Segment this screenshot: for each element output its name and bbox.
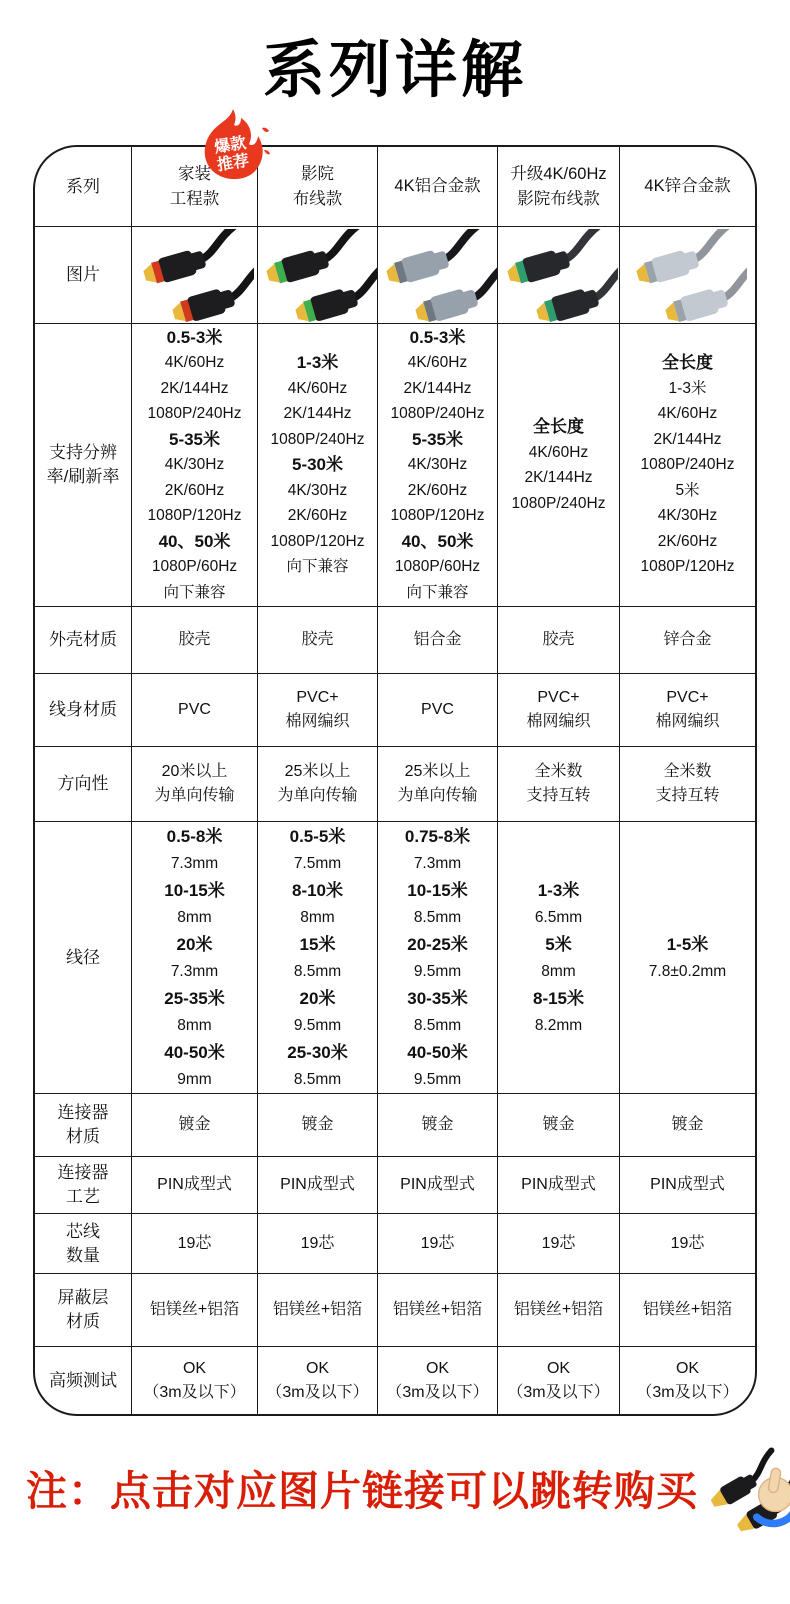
spec-3-col-4: 全米数支持互转 bbox=[620, 747, 755, 822]
product-image-link-3[interactable] bbox=[498, 227, 620, 324]
text-line: PIN成型式 bbox=[650, 1173, 725, 1197]
product-header-3: 升级4K/60Hz影院布线款 bbox=[498, 147, 620, 227]
text-line: 4K/30Hz bbox=[658, 503, 717, 529]
spec-3-col-2: 25米以上为单向传输 bbox=[378, 747, 498, 822]
text-line: 1-3米 bbox=[297, 350, 339, 376]
text-line: 4K/60Hz bbox=[165, 350, 224, 376]
text-line: 4K锌合金款 bbox=[644, 174, 730, 199]
text-line: 全长度 bbox=[533, 414, 584, 440]
text-line: 4K铝合金款 bbox=[394, 174, 480, 199]
text-line: 5-35米 bbox=[412, 427, 463, 453]
text-line: 8.5mm bbox=[294, 958, 341, 985]
text-line: 铝镁丝+铝箔 bbox=[150, 1298, 239, 1322]
spec-4-col-4: 1-5米7.8±0.2mm bbox=[620, 822, 755, 1094]
spec-6-col-3: PIN成型式 bbox=[498, 1157, 620, 1214]
product-image-link-0[interactable] bbox=[132, 227, 258, 324]
spec-4-col-0: 0.5-8米7.3mm10-15米8mm20米7.3mm25-35米8mm40-… bbox=[132, 822, 258, 1094]
text-line: 4K/30Hz bbox=[288, 478, 347, 504]
text-line: 铝镁丝+铝箔 bbox=[273, 1298, 362, 1322]
spec-5-col-1: 镀金 bbox=[258, 1094, 378, 1157]
text-line: 棉网编织 bbox=[655, 710, 719, 734]
text-line: 8-15米 bbox=[533, 985, 584, 1012]
text-line: 1080P/120Hz bbox=[391, 503, 485, 529]
text-line: 2K/60Hz bbox=[658, 529, 717, 555]
text-line: 8mm bbox=[300, 904, 334, 931]
spec-1-col-4: 锌合金 bbox=[620, 607, 755, 674]
text-line: 镀金 bbox=[301, 1113, 333, 1137]
spec-8-col-2: 铝镁丝+铝箔 bbox=[378, 1274, 498, 1347]
text-line: （3m及以下） bbox=[636, 1381, 738, 1405]
text-line: 铝合金 bbox=[413, 628, 461, 652]
text-line: 2K/60Hz bbox=[408, 478, 467, 504]
spec-3-col-3: 全米数支持互转 bbox=[498, 747, 620, 822]
spec-2-col-3: PVC+棉网编织 bbox=[498, 674, 620, 747]
text-line: 1080P/240Hz bbox=[512, 491, 606, 517]
text-line: 2K/144Hz bbox=[283, 401, 351, 427]
spec-7-col-2: 19芯 bbox=[378, 1214, 498, 1274]
text-line: 2K/60Hz bbox=[165, 478, 224, 504]
spec-9-col-1: OK（3m及以下） bbox=[258, 1347, 378, 1414]
text-line: 7.5mm bbox=[294, 850, 341, 877]
hdmi-cable-photo bbox=[629, 229, 747, 322]
text-line: 25-30米 bbox=[287, 1039, 347, 1066]
text-line: 40-50米 bbox=[164, 1039, 224, 1066]
text-line: 升级4K/60Hz bbox=[510, 162, 606, 187]
text-line: 20-25米 bbox=[407, 931, 467, 958]
text-line: 8.2mm bbox=[535, 1012, 582, 1039]
text-line: 6.5mm bbox=[535, 904, 582, 931]
text-line: 胶壳 bbox=[542, 628, 574, 652]
text-line: 4K/60Hz bbox=[658, 401, 717, 427]
text-line: 棉网编织 bbox=[526, 710, 590, 734]
text-line: 材质 bbox=[66, 1125, 100, 1149]
spec-5-col-4: 镀金 bbox=[620, 1094, 755, 1157]
text-line: 15米 bbox=[300, 931, 336, 958]
spec-5-col-3: 镀金 bbox=[498, 1094, 620, 1157]
corner-cell-series: 系列 bbox=[35, 147, 132, 227]
spec-8-col-1: 铝镁丝+铝箔 bbox=[258, 1274, 378, 1347]
spec-9-col-3: OK（3m及以下） bbox=[498, 1347, 620, 1414]
text-line: 4K/30Hz bbox=[408, 452, 467, 478]
row-label-8: 屏蔽层材质 bbox=[35, 1274, 132, 1347]
text-line: 20米 bbox=[177, 931, 213, 958]
spec-7-col-4: 19芯 bbox=[620, 1214, 755, 1274]
text-line: 镀金 bbox=[178, 1113, 210, 1137]
text-line: 布线款 bbox=[293, 187, 343, 212]
hdmi-cable-photo bbox=[136, 229, 254, 322]
text-line: 全米数 bbox=[534, 760, 582, 784]
text-line: 19芯 bbox=[178, 1232, 212, 1256]
text-line: OK bbox=[426, 1357, 449, 1381]
text-line: （3m及以下） bbox=[507, 1381, 609, 1405]
text-line: 8mm bbox=[177, 1012, 211, 1039]
spec-4-col-3: 1-3米6.5mm5米8mm8-15米8.2mm bbox=[498, 822, 620, 1094]
spec-2-col-1: PVC+棉网编织 bbox=[258, 674, 378, 747]
text-line: 10-15米 bbox=[407, 877, 467, 904]
spec-6-col-4: PIN成型式 bbox=[620, 1157, 755, 1214]
text-line: 1080P/240Hz bbox=[391, 401, 485, 427]
spec-2-col-4: PVC+棉网编织 bbox=[620, 674, 755, 747]
text-line: 全长度 bbox=[662, 350, 713, 376]
text-line: 5-30米 bbox=[292, 452, 343, 478]
spec-6-col-0: PIN成型式 bbox=[132, 1157, 258, 1214]
text-line: 数量 bbox=[66, 1244, 100, 1268]
row-label-1: 外壳材质 bbox=[35, 607, 132, 674]
spec-1-col-1: 胶壳 bbox=[258, 607, 378, 674]
spec-5-col-2: 镀金 bbox=[378, 1094, 498, 1157]
row-label-6: 连接器工艺 bbox=[35, 1157, 132, 1214]
text-line: 8-10米 bbox=[292, 877, 343, 904]
product-header-4: 4K锌合金款 bbox=[620, 147, 755, 227]
text-line: 5-35米 bbox=[169, 427, 220, 453]
text-line: 8.5mm bbox=[294, 1066, 341, 1093]
text-line: 1-5米 bbox=[667, 931, 709, 958]
text-line: PVC bbox=[421, 698, 454, 722]
text-line: 镀金 bbox=[671, 1113, 703, 1137]
text-line: 胶壳 bbox=[178, 628, 210, 652]
spec-1-col-3: 胶壳 bbox=[498, 607, 620, 674]
spec-9-col-2: OK（3m及以下） bbox=[378, 1347, 498, 1414]
hdmi-cable-photo bbox=[379, 229, 497, 322]
text-line: 2K/144Hz bbox=[403, 376, 471, 402]
text-line: 1080P/120Hz bbox=[271, 529, 365, 555]
text-line: PVC+ bbox=[666, 686, 708, 710]
text-line: 8.5mm bbox=[414, 904, 461, 931]
purchase-note: 注：点击对应图片链接可以跳转购买 bbox=[26, 1440, 774, 1534]
row-label-9: 高频测试 bbox=[35, 1347, 132, 1414]
text-line: PVC+ bbox=[537, 686, 579, 710]
text-line: 1080P/240Hz bbox=[271, 427, 365, 453]
text-line: 连接器 bbox=[58, 1161, 109, 1185]
text-line: 7.8±0.2mm bbox=[649, 958, 726, 985]
text-line: 20米 bbox=[300, 985, 336, 1012]
text-line: 铝镁丝+铝箔 bbox=[514, 1298, 603, 1322]
text-line: 40、50米 bbox=[159, 529, 231, 555]
text-line: 25米以上 bbox=[285, 760, 351, 784]
text-line: 系列 bbox=[66, 175, 100, 199]
text-line: 线身材质 bbox=[49, 698, 117, 722]
text-line: 9.5mm bbox=[414, 958, 461, 985]
product-header-1: 影院布线款 bbox=[258, 147, 378, 227]
text-line: 材质 bbox=[66, 1310, 100, 1334]
text-line: 线径 bbox=[66, 946, 100, 970]
text-line: 镀金 bbox=[542, 1113, 574, 1137]
text-line: 镀金 bbox=[421, 1113, 453, 1137]
text-line: OK bbox=[306, 1357, 329, 1381]
row-label-7: 芯线数量 bbox=[35, 1214, 132, 1274]
cable-click-icon bbox=[700, 1440, 790, 1534]
text-line: 支持分辨 bbox=[49, 441, 117, 465]
text-line: 40、50米 bbox=[402, 529, 474, 555]
spec-6-col-2: PIN成型式 bbox=[378, 1157, 498, 1214]
text-line: 为单向传输 bbox=[397, 784, 477, 808]
text-line: 19芯 bbox=[542, 1232, 576, 1256]
text-line: 0.75-8米 bbox=[405, 823, 470, 850]
text-line: 工程款 bbox=[170, 187, 220, 212]
text-line: OK bbox=[676, 1357, 699, 1381]
spec-4-col-2: 0.75-8米7.3mm10-15米8.5mm20-25米9.5mm30-35米… bbox=[378, 822, 498, 1094]
text-line: 19芯 bbox=[671, 1232, 705, 1256]
spec-9-col-0: OK（3m及以下） bbox=[132, 1347, 258, 1414]
series-comparison-table: 系列家装工程款影院布线款4K铝合金款升级4K/60Hz影院布线款4K锌合金款图片… bbox=[33, 145, 757, 1416]
text-line: 4K/60Hz bbox=[529, 440, 588, 466]
text-line: 外壳材质 bbox=[49, 628, 117, 652]
spec-7-col-3: 19芯 bbox=[498, 1214, 620, 1274]
text-line: 8mm bbox=[541, 958, 575, 985]
image-row-label: 图片 bbox=[35, 227, 132, 324]
hdmi-cable-photo bbox=[500, 229, 618, 322]
text-line: 铝镁丝+铝箔 bbox=[643, 1298, 732, 1322]
text-line: OK bbox=[183, 1357, 206, 1381]
product-header-2: 4K铝合金款 bbox=[378, 147, 498, 227]
text-line: 7.3mm bbox=[414, 850, 461, 877]
text-line: 影院布线款 bbox=[517, 187, 600, 212]
spec-1-col-2: 铝合金 bbox=[378, 607, 498, 674]
text-line: 率/刷新率 bbox=[47, 465, 120, 489]
spec-7-col-0: 19芯 bbox=[132, 1214, 258, 1274]
text-line: PIN成型式 bbox=[157, 1173, 232, 1197]
text-line: 连接器 bbox=[58, 1101, 109, 1125]
text-line: 为单向传输 bbox=[154, 784, 234, 808]
text-line: 4K/60Hz bbox=[408, 350, 467, 376]
text-line: 1080P/60Hz bbox=[395, 554, 480, 580]
text-line: （3m及以下） bbox=[386, 1381, 488, 1405]
text-line: 1080P/240Hz bbox=[641, 452, 735, 478]
spec-8-col-3: 铝镁丝+铝箔 bbox=[498, 1274, 620, 1347]
text-line: 5米 bbox=[545, 931, 571, 958]
text-line: 0.5-5米 bbox=[290, 823, 346, 850]
text-line: 屏蔽层 bbox=[58, 1286, 109, 1310]
product-image-link-2[interactable] bbox=[378, 227, 498, 324]
spec-5-col-0: 镀金 bbox=[132, 1094, 258, 1157]
spec-1-col-0: 胶壳 bbox=[132, 607, 258, 674]
text-line: 8mm bbox=[177, 904, 211, 931]
spec-7-col-1: 19芯 bbox=[258, 1214, 378, 1274]
text-line: 棉网编织 bbox=[285, 710, 349, 734]
product-image-link-4[interactable] bbox=[620, 227, 755, 324]
text-line: 1080P/60Hz bbox=[152, 554, 237, 580]
text-line: 19芯 bbox=[421, 1232, 455, 1256]
text-line: 19芯 bbox=[301, 1232, 335, 1256]
text-line: 芯线 bbox=[66, 1220, 100, 1244]
text-line: 1080P/120Hz bbox=[148, 503, 242, 529]
text-line: 0.5-3米 bbox=[410, 325, 466, 351]
text-line: 支持互转 bbox=[526, 784, 590, 808]
text-line: PIN成型式 bbox=[400, 1173, 475, 1197]
text-line: 7.3mm bbox=[171, 850, 218, 877]
text-line: 1-3米 bbox=[538, 877, 580, 904]
row-label-5: 连接器材质 bbox=[35, 1094, 132, 1157]
text-line: 10-15米 bbox=[164, 877, 224, 904]
text-line: 25-35米 bbox=[164, 985, 224, 1012]
text-line: 30-35米 bbox=[407, 985, 467, 1012]
hot-sale-flame-badge: 爆款 推荐 bbox=[194, 106, 270, 188]
text-line: 为单向传输 bbox=[277, 784, 357, 808]
row-label-3: 方向性 bbox=[35, 747, 132, 822]
text-line: 2K/144Hz bbox=[160, 376, 228, 402]
text-line: 0.5-8米 bbox=[167, 823, 223, 850]
text-line: 高频测试 bbox=[49, 1369, 117, 1393]
spec-4-col-1: 0.5-5米7.5mm8-10米8mm15米8.5mm20米9.5mm25-30… bbox=[258, 822, 378, 1094]
spec-6-col-1: PIN成型式 bbox=[258, 1157, 378, 1214]
text-line: 20米以上 bbox=[162, 760, 228, 784]
spec-2-col-2: PVC bbox=[378, 674, 498, 747]
text-line: 8.5mm bbox=[414, 1012, 461, 1039]
text-line: 1080P/240Hz bbox=[148, 401, 242, 427]
text-line: 40-50米 bbox=[407, 1039, 467, 1066]
text-line: PVC bbox=[178, 698, 211, 722]
row-label-0: 支持分辨率/刷新率 bbox=[35, 324, 132, 607]
text-line: 4K/60Hz bbox=[288, 376, 347, 402]
spec-3-col-1: 25米以上为单向传输 bbox=[258, 747, 378, 822]
text-line: 图片 bbox=[66, 263, 100, 287]
text-line: 工艺 bbox=[66, 1185, 100, 1209]
page-title: 系列详解 bbox=[0, 20, 790, 109]
text-line: 4K/30Hz bbox=[165, 452, 224, 478]
text-line: （3m及以下） bbox=[266, 1381, 368, 1405]
spec-8-col-4: 铝镁丝+铝箔 bbox=[620, 1274, 755, 1347]
text-line: OK bbox=[547, 1357, 570, 1381]
text-line: PIN成型式 bbox=[280, 1173, 355, 1197]
text-line: 胶壳 bbox=[301, 628, 333, 652]
text-line: 向下兼容 bbox=[163, 580, 225, 606]
text-line: （3m及以下） bbox=[143, 1381, 245, 1405]
spec-9-col-4: OK（3m及以下） bbox=[620, 1347, 755, 1414]
text-line: 影院 bbox=[301, 162, 334, 187]
text-line: 2K/144Hz bbox=[653, 427, 721, 453]
spec-0-col-3: 全长度4K/60Hz2K/144Hz1080P/240Hz bbox=[498, 324, 620, 607]
text-line: 向下兼容 bbox=[286, 554, 348, 580]
spec-3-col-0: 20米以上为单向传输 bbox=[132, 747, 258, 822]
text-line: 5米 bbox=[675, 478, 699, 504]
text-line: 全米数 bbox=[663, 760, 711, 784]
text-line: 9.5mm bbox=[294, 1012, 341, 1039]
text-line: PIN成型式 bbox=[521, 1173, 596, 1197]
text-line: 支持互转 bbox=[655, 784, 719, 808]
spec-0-col-2: 0.5-3米4K/60Hz2K/144Hz1080P/240Hz5-35米4K/… bbox=[378, 324, 498, 607]
text-line: 2K/144Hz bbox=[524, 465, 592, 491]
text-line: PVC+ bbox=[296, 686, 338, 710]
spec-2-col-0: PVC bbox=[132, 674, 258, 747]
text-line: 9.5mm bbox=[414, 1066, 461, 1093]
text-line: 9mm bbox=[177, 1066, 211, 1093]
spec-0-col-4: 全长度1-3米4K/60Hz2K/144Hz1080P/240Hz5米4K/30… bbox=[620, 324, 755, 607]
spec-0-col-0: 0.5-3米4K/60Hz2K/144Hz1080P/240Hz5-35米4K/… bbox=[132, 324, 258, 607]
text-line: 2K/60Hz bbox=[288, 503, 347, 529]
row-label-2: 线身材质 bbox=[35, 674, 132, 747]
spec-8-col-0: 铝镁丝+铝箔 bbox=[132, 1274, 258, 1347]
product-image-link-1[interactable] bbox=[258, 227, 378, 324]
text-line: 7.3mm bbox=[171, 958, 218, 985]
row-label-4: 线径 bbox=[35, 822, 132, 1094]
product-detail-page: 系列详解 系列家装工程款影院布线款4K铝合金款升级4K/60Hz影院布线款4K锌… bbox=[0, 0, 790, 1604]
text-line: 0.5-3米 bbox=[167, 325, 223, 351]
text-line: 锌合金 bbox=[663, 628, 711, 652]
hdmi-cable-photo bbox=[259, 229, 377, 322]
purchase-note-text: 注：点击对应图片链接可以跳转购买 bbox=[26, 1458, 698, 1517]
text-line: 向下兼容 bbox=[406, 580, 468, 606]
text-line: 25米以上 bbox=[405, 760, 471, 784]
text-line: 方向性 bbox=[58, 772, 109, 796]
text-line: 铝镁丝+铝箔 bbox=[393, 1298, 482, 1322]
text-line: 1-3米 bbox=[669, 376, 707, 402]
text-line: 1080P/120Hz bbox=[641, 554, 735, 580]
spec-0-col-1: 1-3米4K/60Hz2K/144Hz1080P/240Hz5-30米4K/30… bbox=[258, 324, 378, 607]
